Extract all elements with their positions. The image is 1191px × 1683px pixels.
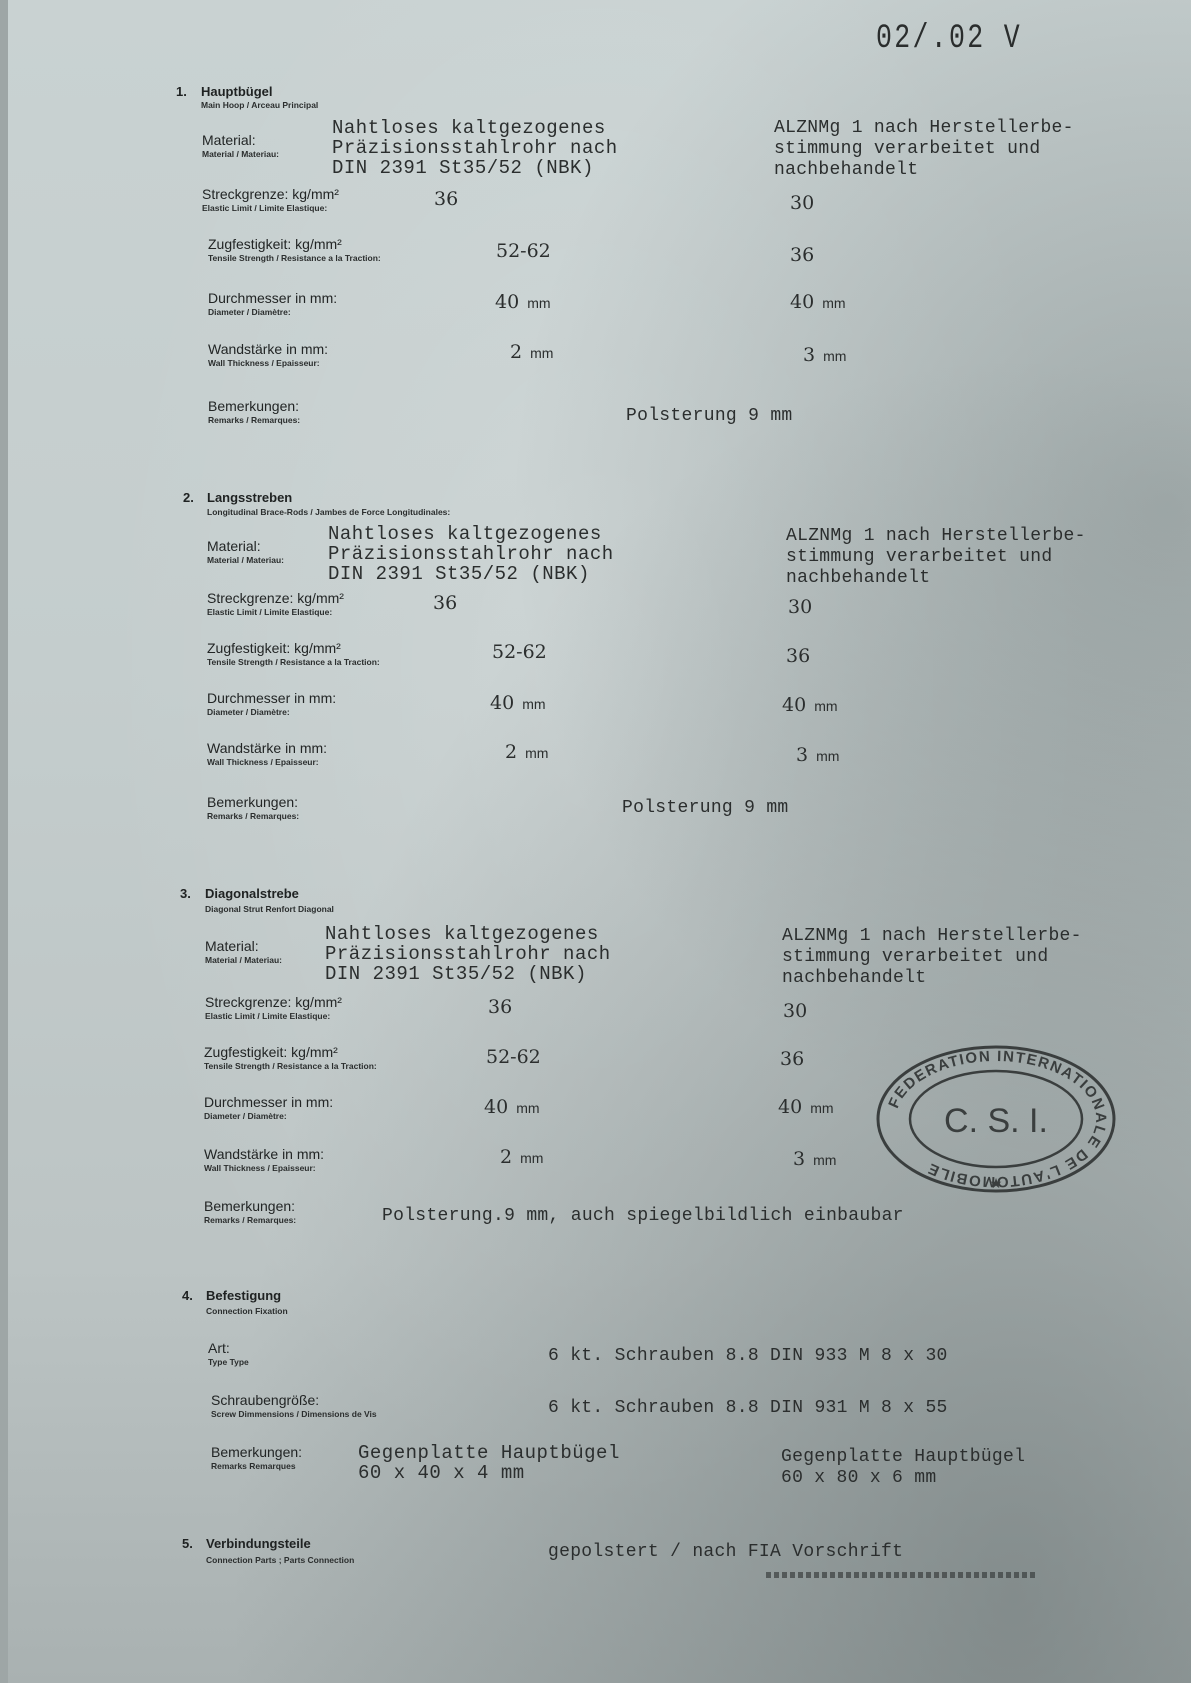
section-subtitle: Connection Fixation [206, 1306, 288, 1316]
elastic-label: Streckgrenze: kg/mm² Elastic Limit / Lim… [205, 994, 342, 1021]
remarks-right: Gegenplatte Hauptbügel 60 x 80 x 6 mm [781, 1447, 1025, 1489]
screw-value: 6 kt. Schrauben 8.8 DIN 931 M 8 x 55 [548, 1398, 948, 1419]
diameter-right: 40mm [790, 291, 846, 313]
elastic-left: 36 [433, 592, 457, 614]
elastic-right: 30 [788, 596, 812, 618]
elastic-left: 36 [434, 188, 458, 210]
elastic-label: Streckgrenze: kg/mm² Elastic Limit / Lim… [202, 186, 339, 213]
section-title: Diagonalstrebe [205, 886, 299, 901]
material-right: ALZNMg 1 nach Herstellerbe- stimmung ver… [786, 526, 1086, 589]
elastic-right: 30 [783, 1000, 807, 1022]
tensile-right: 36 [790, 244, 814, 266]
remarks-label: Bemerkungen: Remarks / Remarques: [204, 1198, 296, 1225]
material-right: ALZNMg 1 nach Herstellerbe- stimmung ver… [782, 926, 1082, 989]
tensile-label: Zugfestigkeit: kg/mm² Tensile Strength /… [204, 1044, 377, 1071]
document-page: 02/.02 V 1. Hauptbügel Main Hoop / Arcea… [8, 0, 1191, 1683]
fastening-remarks-label: Bemerkungen: Remarks Remarques [211, 1444, 302, 1471]
svg-text:★: ★ [990, 1176, 1003, 1192]
material-label: Material: Material / Materiau: [207, 538, 284, 565]
section-number: 3. [180, 886, 191, 901]
diameter-label: Durchmesser in mm: Diameter / Diamètre: [208, 290, 337, 317]
section-number: 1. [176, 84, 187, 99]
wall-left: 2mm [500, 1146, 543, 1168]
material-left: Nahtloses kaltgezogenes Präzisionsstahlr… [332, 118, 618, 178]
section-subtitle: Connection Parts ; Parts Connection [206, 1555, 354, 1565]
document-number: 02/.02 V [876, 20, 1022, 58]
elastic-left: 36 [488, 996, 512, 1018]
wall-right: 3mm [796, 744, 839, 766]
tensile-right: 36 [786, 645, 810, 667]
remarks-value: Polsterung 9 mm [626, 406, 793, 427]
screw-label: Schraubengröße: Screw Dimmensions / Dime… [211, 1392, 377, 1419]
section-number: 5. [182, 1536, 193, 1551]
section-number: 4. [182, 1288, 193, 1303]
tensile-left: 52-62 [492, 641, 547, 663]
section-subtitle: Diagonal Strut Renfort Diagonal [205, 904, 334, 914]
section-title: Langsstreben [207, 490, 292, 505]
tensile-left: 52-62 [496, 240, 551, 262]
type-label: Art: Type Type [208, 1340, 249, 1367]
section-subtitle: Longitudinal Brace-Rods / Jambes de Forc… [207, 507, 450, 517]
material-right: ALZNMg 1 nach Herstellerbe- stimmung ver… [774, 118, 1074, 181]
diameter-left: 40mm [490, 692, 546, 714]
material-left: Nahtloses kaltgezogenes Präzisionsstahlr… [325, 924, 611, 984]
elastic-right: 30 [790, 192, 814, 214]
wall-right: 3mm [803, 344, 846, 366]
tensile-label: Zugfestigkeit: kg/mm² Tensile Strength /… [207, 640, 380, 667]
material-left: Nahtloses kaltgezogenes Präzisionsstahlr… [328, 524, 614, 584]
remarks-left: Gegenplatte Hauptbügel 60 x 40 x 4 mm [358, 1443, 620, 1483]
remarks-value: Polsterung.9 mm, auch spiegelbildlich ei… [382, 1206, 904, 1227]
remarks-label: Bemerkungen: Remarks / Remarques: [207, 794, 299, 821]
stamp-icon: FEDERATION INTERNATIONALE DE L'AUTOMOBIL… [874, 1042, 1118, 1197]
tensile-right: 36 [780, 1048, 804, 1070]
wall-left: 2mm [505, 741, 548, 763]
diameter-label: Durchmesser in mm: Diameter / Diamètre: [207, 690, 336, 717]
elastic-label: Streckgrenze: kg/mm² Elastic Limit / Lim… [207, 590, 344, 617]
diameter-right: 40mm [778, 1096, 834, 1118]
wall-label: Wandstärke in mm: Wall Thickness / Epais… [204, 1146, 324, 1173]
remarks-label: Bemerkungen: Remarks / Remarques: [208, 398, 300, 425]
material-label: Material: Material / Materiau: [205, 938, 282, 965]
section-title: Verbindungsteile [206, 1536, 311, 1551]
wall-label: Wandstärke in mm: Wall Thickness / Epais… [207, 740, 327, 767]
tensile-label: Zugfestigkeit: kg/mm² Tensile Strength /… [208, 236, 381, 263]
svg-text:C. S. I.: C. S. I. [944, 1102, 1048, 1140]
tensile-left: 52-62 [486, 1046, 541, 1068]
section-title: Befestigung [206, 1288, 281, 1303]
diameter-right: 40mm [782, 694, 838, 716]
material-label: Material: Material / Materiau: [202, 132, 279, 159]
faded-print-line [766, 1572, 1036, 1578]
diameter-left: 40mm [484, 1096, 540, 1118]
type-value: 6 kt. Schrauben 8.8 DIN 933 M 8 x 30 [548, 1346, 948, 1367]
diameter-left: 40mm [495, 291, 551, 313]
remarks-value: Polsterung 9 mm [622, 798, 789, 819]
section-title: Hauptbügel [201, 84, 273, 99]
fia-csi-stamp: FEDERATION INTERNATIONALE DE L'AUTOMOBIL… [874, 1042, 1118, 1197]
diameter-label: Durchmesser in mm: Diameter / Diamètre: [204, 1094, 333, 1121]
wall-left: 2mm [510, 341, 553, 363]
connection-value: gepolstert / nach FIA Vorschrift [548, 1542, 903, 1563]
wall-right: 3mm [793, 1148, 836, 1170]
section-number: 2. [183, 490, 194, 505]
wall-label: Wandstärke in mm: Wall Thickness / Epais… [208, 341, 328, 368]
section-subtitle: Main Hoop / Arceau Principal [201, 100, 318, 110]
